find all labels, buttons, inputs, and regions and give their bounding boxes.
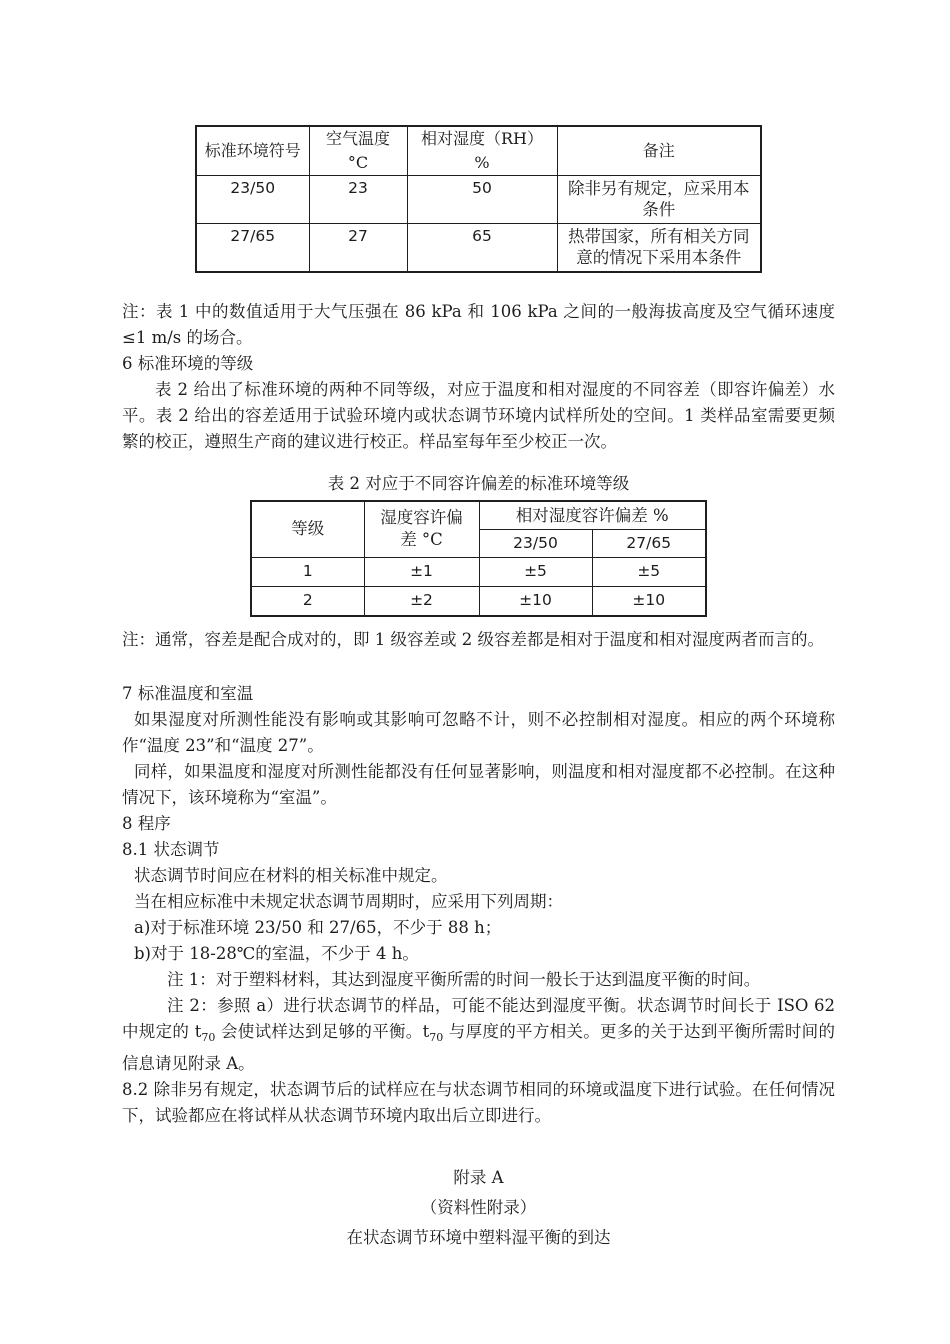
section8-heading: 8 程序 (122, 811, 835, 837)
table-row: 1 ±1 ±5 ±5 (251, 557, 706, 586)
section8-2-paragraph: 8.2 除非另有规定，状态调节后的试样应在与状态调节相同的环境或温度下进行试验。… (122, 1077, 835, 1129)
table1-cell-symbol: 23/50 (196, 176, 309, 224)
table1-cell-remark: 除非另有规定，应采用本 条件 (557, 176, 761, 224)
appendix-block: 附录 A （资料性附录） 在状态调节环境中塑料湿平衡的到达 (122, 1163, 835, 1253)
table-row: 23/50 23 50 除非另有规定，应采用本 条件 (196, 176, 761, 224)
table2-cell-grade: 1 (251, 557, 364, 586)
table2-cell-tolerance: ±1 (364, 557, 479, 586)
table2-header-tolerance: 湿度容许偏 差 °C (364, 501, 479, 557)
section7-heading: 7 标准温度和室温 (122, 681, 835, 707)
appendix-subtitle: （资料性附录） (122, 1193, 835, 1223)
table1-cell-humidity: 65 (407, 224, 557, 273)
table2-note: 注：通常，容差是配合成对的，即 1 级容差或 2 级容差都是相对于温度和相对湿度… (122, 627, 835, 653)
table2-cell-rh-2350: ±5 (479, 557, 592, 586)
table2-cell-rh-2765: ±5 (592, 557, 706, 586)
table1-cell-symbol: 27/65 (196, 224, 309, 273)
table1-header-remark: 备注 (557, 126, 761, 176)
table1-cell-temperature: 27 (309, 224, 407, 273)
table1-note: 注：表 1 中的数值适用于大气压强在 86 kPa 和 106 kPa 之间的一… (122, 299, 835, 351)
section7-paragraph-1: 如果湿度对所测性能没有影响或其影响可忽略不计，则不必控制相对湿度。相应的两个环境… (122, 707, 835, 759)
table-header-row: 标准环境符号 空气温度 °C 相对湿度（RH）% 备注 (196, 126, 761, 176)
table2-cell-tolerance: ±2 (364, 586, 479, 616)
table-header-row: 等级 湿度容许偏 差 °C 相对湿度容许偏差 % (251, 501, 706, 529)
section8-note-2: 注 2：参照 a）进行状态调节的样品，可能不能达到湿度平衡。状态调节时间长于 I… (122, 993, 835, 1077)
table2-cell-rh-2765: ±10 (592, 586, 706, 616)
table1-cell-humidity: 50 (407, 176, 557, 224)
table1-header-symbol: 标准环境符号 (196, 126, 309, 176)
section8-1-heading: 8.1 状态调节 (122, 837, 835, 863)
section8-1-item-a: a)对于标准环境 23/50 和 27/65，不少于 88 h； (122, 915, 835, 941)
section8-1-item-b: b)对于 18-28℃的室温，不少于 4 h。 (122, 941, 835, 967)
table1-cell-remark: 热带国家，所有相关方同 意的情况下采用本条件 (557, 224, 761, 273)
section6-heading: 6 标准环境的等级 (122, 351, 835, 377)
table2-header-rh-2765: 27/65 (592, 529, 706, 557)
table1-header-temperature: 空气温度 °C (309, 126, 407, 176)
section8-1-line-1: 状态调节时间应在材料的相关标准中规定。 (122, 863, 835, 889)
note2-subscript: 70 (201, 1031, 215, 1044)
appendix-title: 附录 A (122, 1163, 835, 1193)
table2-header-grade: 等级 (251, 501, 364, 557)
note2-subscript: 70 (429, 1031, 443, 1044)
table2-header-rh-group: 相对湿度容许偏差 % (479, 501, 706, 529)
section6-paragraph: 表 2 给出了标准环境的两种不同等级，对应于温度和相对湿度的不同容差（即容许偏差… (122, 377, 835, 455)
table2-cell-rh-2350: ±10 (479, 586, 592, 616)
table1-cell-temperature: 23 (309, 176, 407, 224)
table-row: 27/65 27 65 热带国家，所有相关方同 意的情况下采用本条件 (196, 224, 761, 273)
note2-text: 会使试样达到足够的平衡。t (215, 1022, 429, 1041)
standard-environments-table: 标准环境符号 空气温度 °C 相对湿度（RH）% 备注 23/50 23 50 … (195, 125, 762, 273)
section8-1-line-2: 当在相应标准中未规定状态调节周期时，应采用下列周期： (122, 889, 835, 915)
appendix-heading: 在状态调节环境中塑料湿平衡的到达 (122, 1223, 835, 1253)
page-content: 标准环境符号 空气温度 °C 相对湿度（RH）% 备注 23/50 23 50 … (0, 0, 950, 1253)
section7-paragraph-2: 同样，如果温度和湿度对所测性能都没有任何显著影响，则温度和相对湿度都不必控制。在… (122, 759, 835, 811)
table-row: 2 ±2 ±10 ±10 (251, 586, 706, 616)
table2-header-rh-2350: 23/50 (479, 529, 592, 557)
document-page: 标准环境符号 空气温度 °C 相对湿度（RH）% 备注 23/50 23 50 … (0, 0, 950, 1344)
table2-cell-grade: 2 (251, 586, 364, 616)
section8-note-1: 注 1：对于塑料材料，其达到湿度平衡所需的时间一般长于达到温度平衡的时间。 (122, 967, 835, 993)
table2-caption: 表 2 对应于不同容许偏差的标准环境等级 (122, 471, 835, 497)
tolerance-grades-table: 等级 湿度容许偏 差 °C 相对湿度容许偏差 % 23/50 27/65 1 ±… (250, 500, 707, 617)
table1-header-humidity: 相对湿度（RH）% (407, 126, 557, 176)
